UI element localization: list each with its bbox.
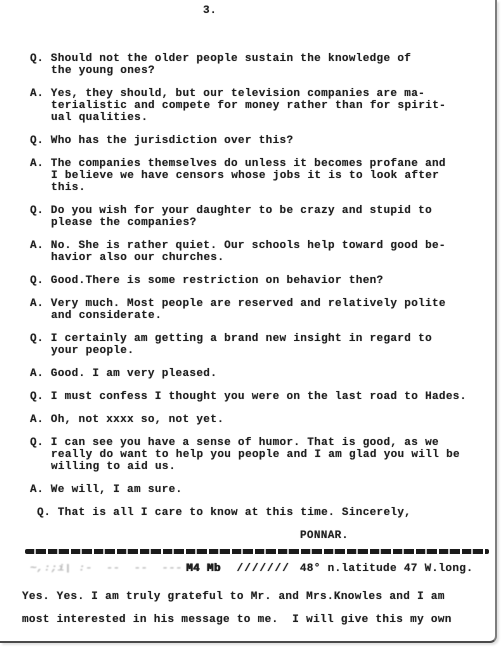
qa-paragraph: Q. Should not the older people sustain t… (30, 53, 477, 77)
annotation-slashes: /////// (237, 563, 290, 575)
qa-paragraph: A. Yes, they should, but our television … (30, 88, 477, 124)
qa-paragraph: A. Oh, not xxxx so, not yet. (30, 414, 477, 426)
typewritten-content: 3. Q. Should not the older people sustai… (0, 0, 495, 632)
annotation-line: ~,:;i| :- -- -- --- M4 Mb /////// 48° n.… (30, 563, 477, 575)
qa-paragraph: A. Very much. Most people are reserved a… (30, 298, 477, 322)
qa-paragraph: A. No. She is rather quiet. Our schools … (30, 240, 477, 264)
signature-name: PONNAR. (300, 530, 477, 542)
annotation-coordinates: 48° n.latitude 47 W.long. (300, 563, 473, 575)
typed-dash-divider (25, 549, 489, 554)
qa-paragraph: Q. That is all I care to know at this ti… (30, 507, 477, 519)
qa-paragraph: A. Good. I am very pleased. (30, 368, 477, 380)
closing-text: Yes. Yes. I am truly grateful to Mr. and… (22, 586, 477, 632)
qa-paragraph: Q. I can see you have a sense of humor. … (30, 437, 477, 473)
qa-paragraph: A. The companies themselves do unless it… (30, 158, 477, 194)
faint-scribble: ~,:;i| :- -- -- --- (30, 564, 182, 574)
qa-paragraph: A. We will, I am sure. (30, 484, 477, 496)
qa-paragraph: Q. I must confess I thought you were on … (30, 391, 477, 403)
qa-paragraph: Q. Do you wish for your daughter to be c… (30, 205, 477, 229)
page-number: 3. (203, 5, 477, 17)
annotation-code: M4 Mb (186, 563, 221, 575)
qa-paragraph: Q. Good.There is some restriction on beh… (30, 275, 477, 287)
scanned-page: 3. Q. Should not the older people sustai… (0, 0, 497, 643)
qa-paragraph: Q. Who has the jurisdiction over this? (30, 135, 477, 147)
qa-paragraph: Q. I certainly am getting a brand new in… (30, 333, 477, 357)
